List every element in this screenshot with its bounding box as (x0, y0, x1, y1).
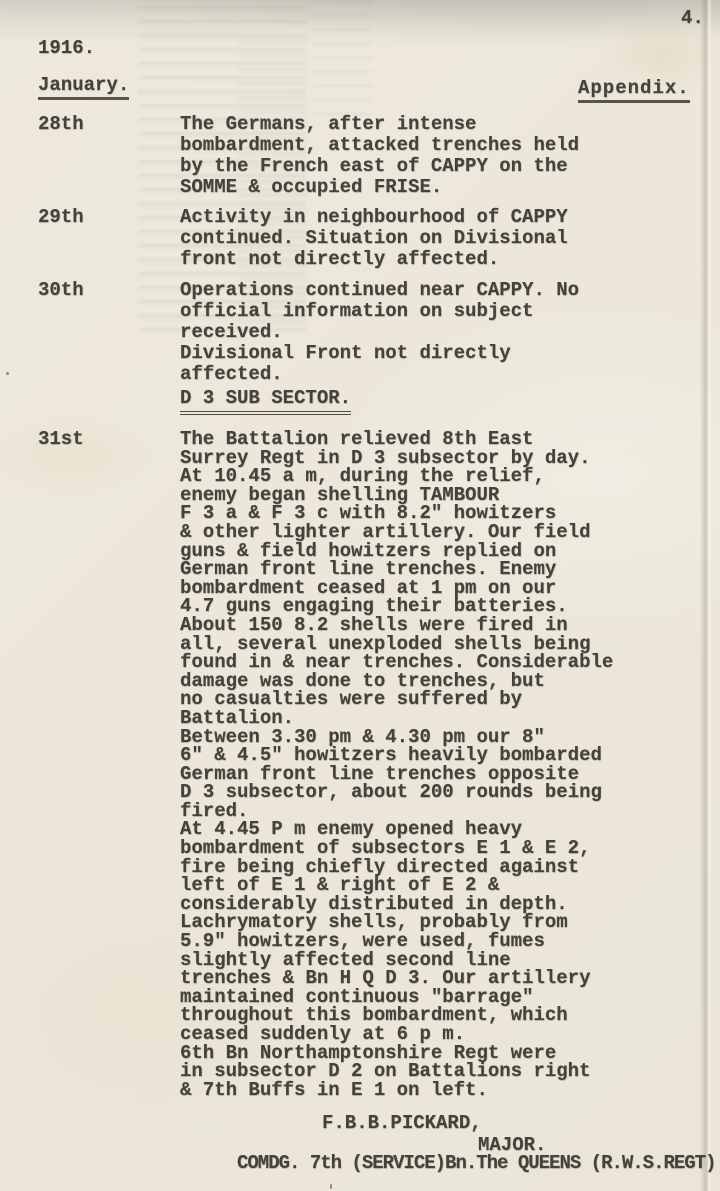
paper-fold-line (700, 0, 712, 1191)
entry-date-28th: 28th (38, 114, 84, 135)
text-line: 6" & 4.5" howitzers heavily bombarded (180, 746, 613, 765)
month-heading: January. (38, 74, 129, 96)
signature-name: F.B.B.PICKARD, (322, 1112, 482, 1134)
text-line: & other lighter artillery. Our field (180, 523, 613, 542)
bleed-through-text (312, 0, 372, 120)
scan-top-shadow (0, 0, 720, 46)
text-line: found in & near trenches. Considerable (180, 653, 613, 672)
text-line: Activity in neighbourhood of CAPPY (180, 207, 568, 228)
text-line: bombardment, attacked trenches held (180, 135, 579, 156)
text-line: in subsector D 2 on Battalions right (180, 1062, 613, 1081)
text-line: German front line trenches. Enemy (180, 560, 613, 579)
text-line: front not directly affected. (180, 249, 568, 270)
text-line: 5.9" howitzers, were used, fumes (180, 932, 613, 951)
entry-body-28th: The Germans, after intensebombardment, a… (180, 114, 579, 198)
entry-date-30th: 30th (38, 280, 84, 301)
ink-speck (6, 372, 9, 375)
text-line: continued. Situation on Divisional (180, 228, 568, 249)
appendix-heading-text: Appendix. (578, 77, 690, 103)
signature-unit: COMDG. 7th (SERVICE)Bn.The QUEENS (R.W.S… (237, 1152, 716, 1174)
text-line: Battalion. (180, 709, 613, 728)
year-label: 1916. (38, 37, 95, 59)
text-line: & 7th Buffs in E 1 on left. (180, 1081, 613, 1100)
entry-body-30th: Operations continued near CAPPY. Nooffic… (180, 280, 579, 385)
entry-date-29th: 29th (38, 207, 84, 228)
text-line: Operations continued near CAPPY. No (180, 280, 579, 301)
month-heading-text: January. (38, 74, 129, 100)
text-line: About 150 8.2 shells were fired in (180, 616, 613, 635)
page-number: 4. (681, 7, 704, 29)
text-line: Divisional Front not directly (180, 343, 579, 364)
text-line: The Germans, after intense (180, 114, 579, 135)
sub-sector-heading-text: D 3 SUB SECTOR. (180, 387, 351, 415)
text-line: SOMME & occupied FRISE. (180, 177, 579, 198)
text-line: by the French east of CAPPY on the (180, 156, 579, 177)
text-line: bombardment of subsectors E 1 & E 2, (180, 839, 613, 858)
war-diary-page: 4. 1916. January. Appendix. 28th The Ger… (0, 0, 720, 1191)
text-line: The Battalion relieved 8th East (180, 430, 613, 449)
text-line: received. (180, 322, 579, 343)
appendix-heading: Appendix. (578, 77, 690, 99)
text-line: ceased suddenly at 6 p m. (180, 1025, 613, 1044)
entry-date-31st: 31st (38, 430, 84, 449)
entry-body-31st: The Battalion relieved 8th EastSurrey Re… (180, 430, 613, 1099)
sub-sector-heading: D 3 SUB SECTOR. (180, 387, 351, 409)
text-line: official information on subject (180, 301, 579, 322)
entry-body-29th: Activity in neighbourhood of CAPPYcontin… (180, 207, 568, 270)
ink-speck (330, 1184, 332, 1189)
text-line: At 10.45 a m, during the relief, (180, 467, 613, 486)
text-line: affected. (180, 364, 579, 385)
